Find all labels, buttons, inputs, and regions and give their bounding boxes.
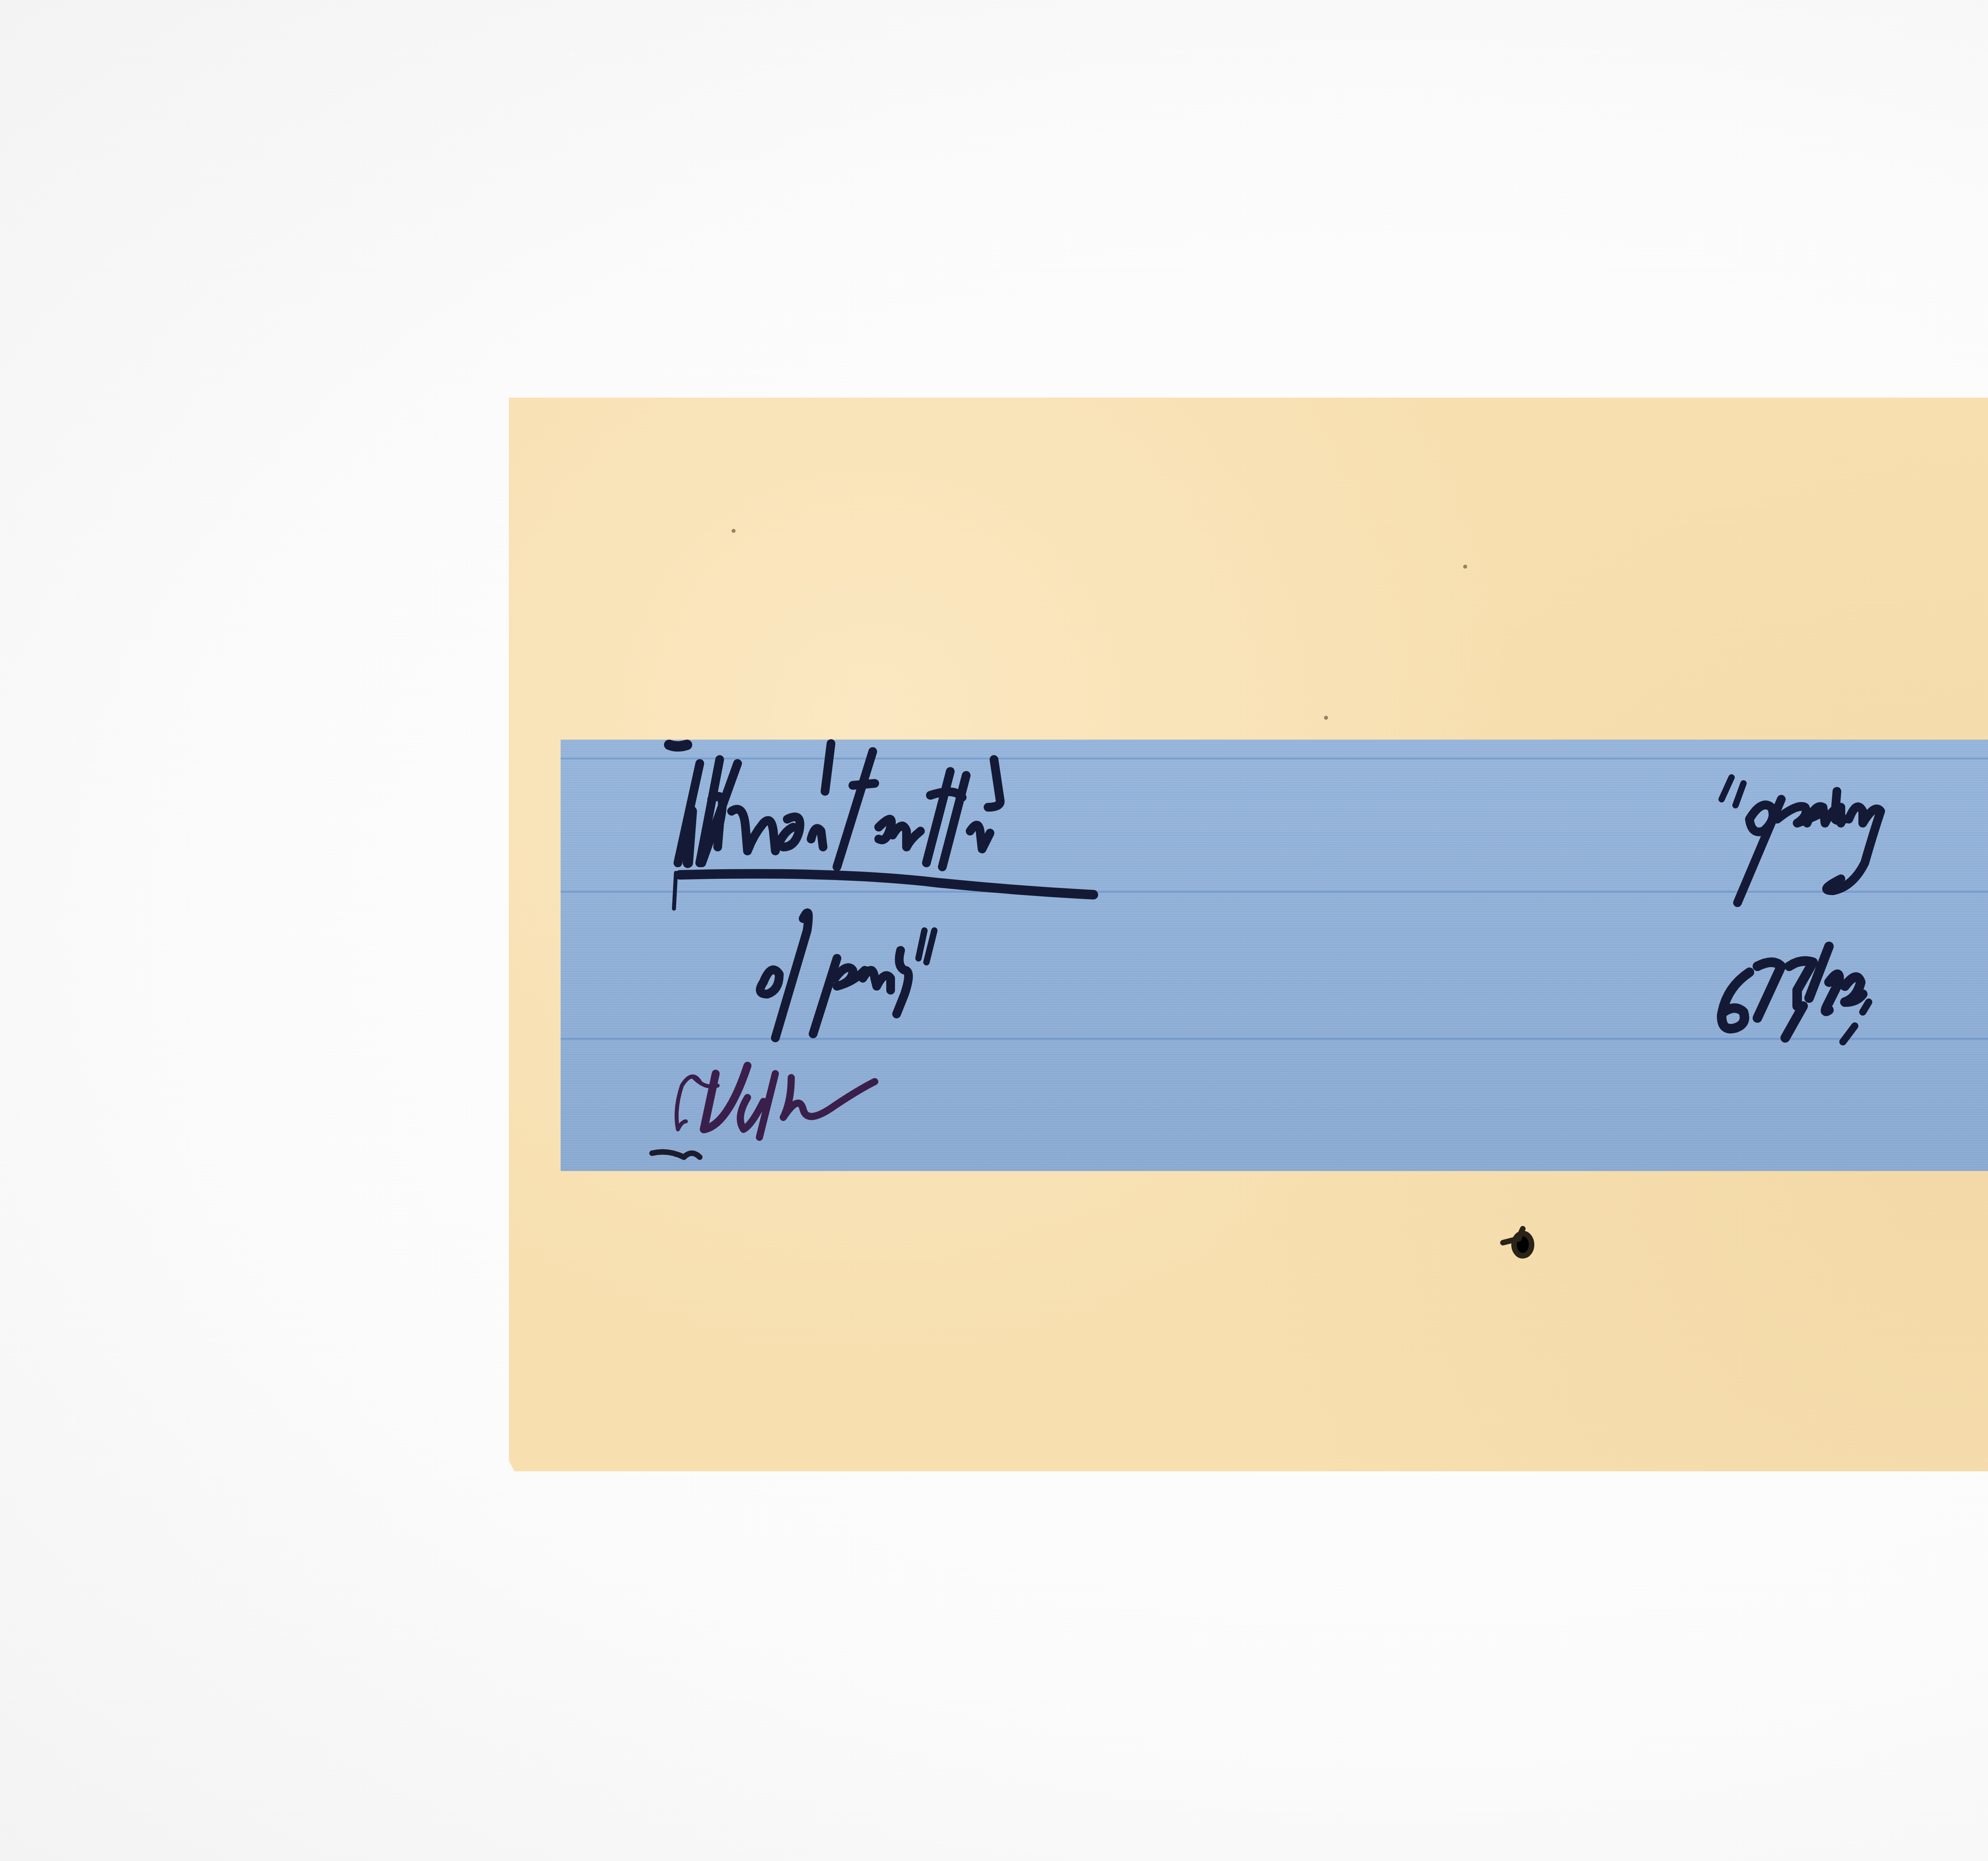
paper-speck <box>732 529 736 533</box>
ruled-line <box>561 891 1988 893</box>
paper-speck <box>1463 565 1467 569</box>
ruled-line <box>561 1038 1988 1040</box>
paper-speck <box>1324 716 1328 720</box>
ruled-line <box>561 758 1988 760</box>
